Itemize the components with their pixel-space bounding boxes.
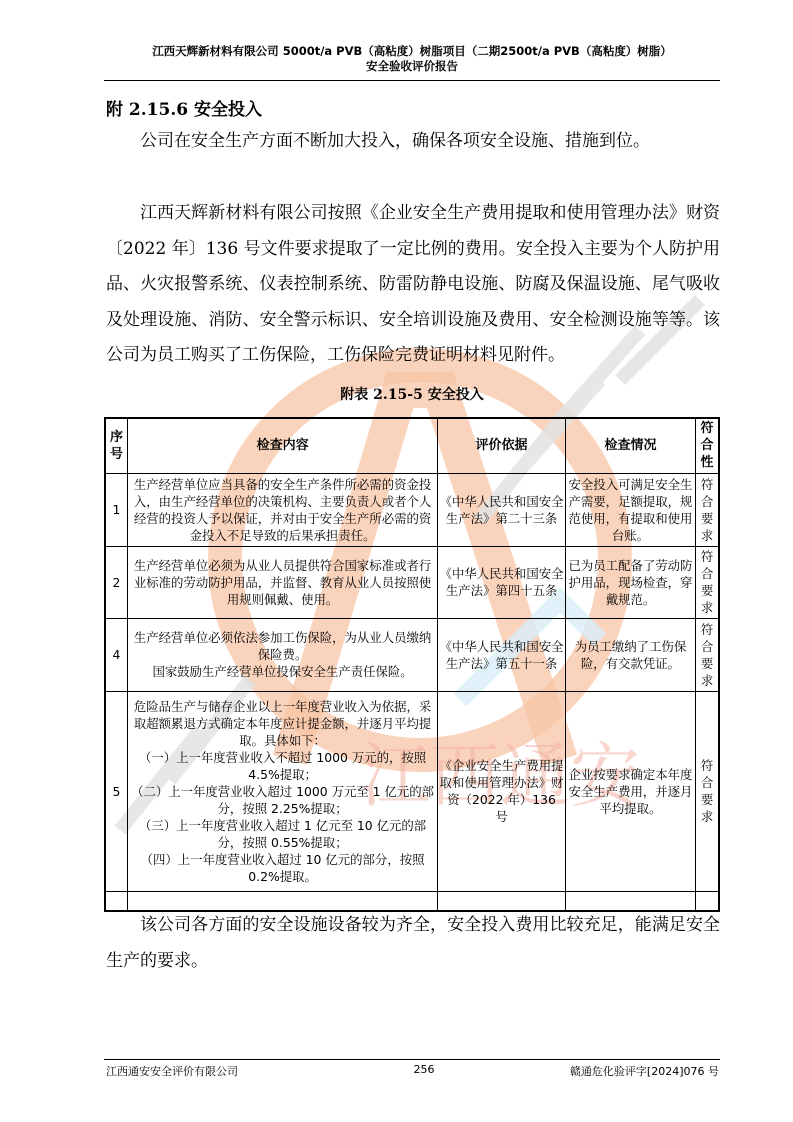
section-title: 附 2.15.6 安全投入 [106, 95, 262, 120]
safety-investment-table: 序 号 检查内容 评价依据 检查情况 符 合 性 1 生产经营单位应当具备的安全… [104, 417, 720, 912]
paragraph-intro: 公司在安全生产方面不断加大投入，确保各项安全设施、措施到位。 [106, 124, 720, 160]
row-conformity: 符 合 要 求 [696, 618, 719, 691]
row-content: 危险品生产与储存企业以上一年度营业收入为依据，采取超额累退方式确定本年度应计提金… [127, 691, 437, 891]
row-conformity: 符 合 要 求 [696, 473, 719, 546]
header-conformity: 符 合 性 [696, 418, 719, 473]
table-row: 5 危险品生产与储存企业以上一年度营业收入为依据，采取超额累退方式确定本年度应计… [105, 691, 719, 891]
header-situation: 检查情况 [565, 418, 695, 473]
row-situation: 安全投入可满足安全生产需要，足额提取，规范使用，有提取和使用台账。 [565, 473, 695, 546]
header-divider [104, 80, 720, 81]
footer-divider [104, 1059, 720, 1060]
header-title-line2: 安全验收评价报告 [104, 59, 720, 74]
paragraph-conclusion: 该公司各方面的安全设施设备较为齐全，安全投入费用比较充足，能满足安全生产的要求。 [106, 908, 720, 979]
page-number: 256 [404, 1063, 444, 1076]
table-row: 4 生产经营单位必须依法参加工伤保险，为从业人员缴纳保险费。 国家鼓励生产经营单… [105, 618, 719, 691]
row-situation: 为员工缴纳了工伤保险，有交款凭证。 [565, 618, 695, 691]
row-conformity: 符 合 要 求 [696, 691, 719, 891]
row-content: 生产经营单位应当具备的安全生产条件所必需的资金投入，由生产经营单位的决策机构、主… [127, 473, 437, 546]
footer-company: 江西通安安全评价有限公司 [106, 1063, 238, 1079]
footer-doc-number: 赣通危化验评字[2024]076 号 [570, 1063, 719, 1079]
header-basis: 评价依据 [438, 418, 566, 473]
row-content: 生产经营单位必须依法参加工伤保险，为从业人员缴纳保险费。 国家鼓励生产经营单位投… [127, 618, 437, 691]
row-content: 生产经营单位必须为从业人员提供符合国家标准或者行业标准的劳动防护用品，并监督、教… [127, 546, 437, 618]
header-content: 检查内容 [127, 418, 437, 473]
row-basis: 《中华人民共和国安全生产法》第五十一条 [438, 618, 566, 691]
row-conformity: 符 合 要 求 [696, 546, 719, 618]
page-header: 江西天辉新材料有限公司 5000t/a PVB（高粘度）树脂项目（二期2500t… [104, 44, 720, 74]
row-seq: 2 [105, 546, 127, 618]
row-seq: 5 [105, 691, 127, 891]
table-header-row: 序 号 检查内容 评价依据 检查情况 符 合 性 [105, 418, 719, 473]
document-page: 江西通安 江西天辉新材料有限公司 5000t/a PVB（高粘度）树脂项目（二期… [0, 0, 793, 1122]
row-basis: 《中华人民共和国安全生产法》第二十三条 [438, 473, 566, 546]
table-caption: 附表 2.15-5 安全投入 [104, 384, 720, 404]
header-title-line1: 江西天辉新材料有限公司 5000t/a PVB（高粘度）树脂项目（二期2500t… [104, 44, 720, 59]
table-row: 2 生产经营单位必须为从业人员提供符合国家标准或者行业标准的劳动防护用品，并监督… [105, 546, 719, 618]
row-seq: 4 [105, 618, 127, 691]
row-seq: 1 [105, 473, 127, 546]
row-situation: 已为员工配备了劳动防护用品，现场检查，穿戴规范。 [565, 546, 695, 618]
header-seq: 序 号 [105, 418, 127, 473]
row-basis: 《企业安全生产费用提取和使用管理办法》财资（2022 年）136 号 [438, 691, 566, 891]
row-basis: 《中华人民共和国安全生产法》第四十五条 [438, 546, 566, 618]
paragraph-detail: 江西天辉新材料有限公司按照《企业安全生产费用提取和使用管理办法》财资〔2022 … [106, 196, 720, 374]
table-row: 1 生产经营单位应当具备的安全生产条件所必需的资金投入，由生产经营单位的决策机构… [105, 473, 719, 546]
row-situation: 企业按要求确定本年度安全生产费用，并逐月平均提取。 [565, 691, 695, 891]
